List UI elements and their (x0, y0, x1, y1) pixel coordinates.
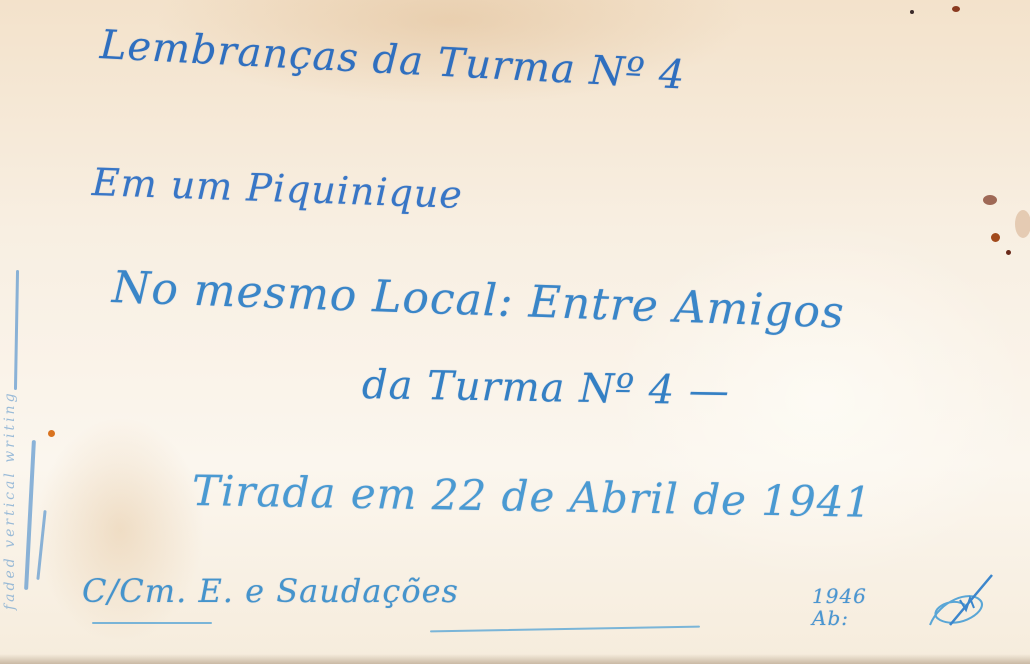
stain (952, 6, 960, 12)
line-date: Tirada em 22 de Abril de 1941 (192, 466, 873, 527)
stain (1006, 250, 1011, 255)
line-location: No mesmo Local: Entre Amigos (111, 262, 845, 339)
margin-note: faded vertical writing (2, 250, 42, 610)
stain (983, 195, 997, 205)
line-class: da Turma Nº 4 — (362, 362, 731, 414)
stain (48, 430, 55, 437)
signature-flourish-icon (920, 570, 1000, 640)
line-greetings: C/Cm. E. e Saudações (82, 572, 459, 610)
line-picnic: Em um Piquinique (91, 160, 463, 217)
stain (1015, 210, 1030, 238)
initials-underline (92, 622, 212, 624)
line-title: Lembranças da Turma Nº 4 (99, 22, 687, 99)
photo-back-card: Lembranças da Turma Nº 4 Em um Piquiniqu… (0, 0, 1030, 664)
corner-note: 1946 Ab: (812, 585, 867, 629)
stain (991, 233, 1000, 242)
card-edge (0, 654, 1030, 664)
greetings-underline (430, 626, 700, 633)
stain (910, 10, 914, 14)
